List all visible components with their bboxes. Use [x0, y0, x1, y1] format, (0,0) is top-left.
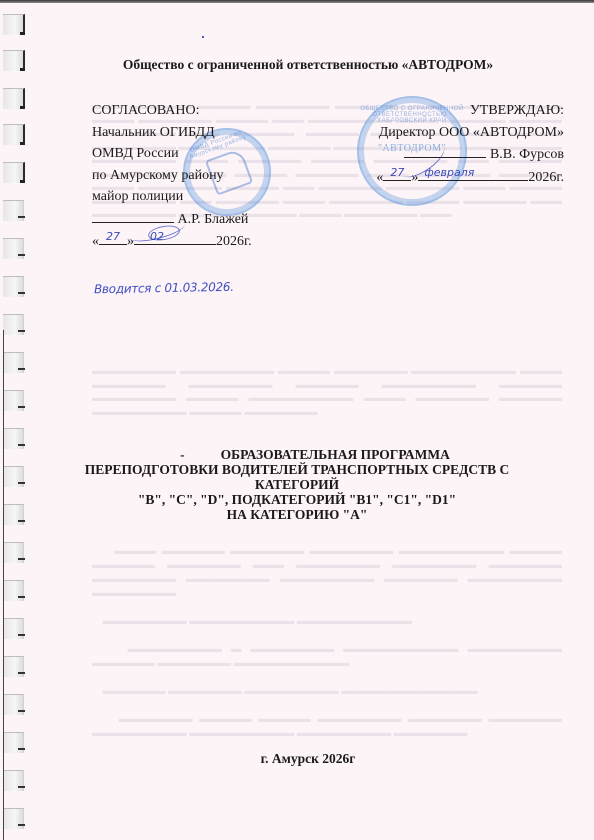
date-month-field: февраля: [418, 166, 528, 181]
date-month-handwritten: февраля: [418, 166, 528, 180]
date-day-handwritten: 27: [99, 230, 127, 244]
binder-rings: [0, 0, 30, 840]
binder-ring-icon: [3, 656, 24, 677]
binder-ring-icon: [3, 580, 24, 601]
binder-ring-icon: [3, 390, 24, 411]
approved-date-year: 2026г.: [528, 170, 564, 185]
title-line-2: ПЕРЕПОДГОТОВКИ ВОДИТЕЛЕЙ ТРАНСПОРТНЫХ СР…: [0, 462, 594, 477]
agreed-line: по Амурскому району: [92, 165, 252, 187]
binder-ring-icon: [3, 162, 25, 183]
title-dash: -: [180, 447, 185, 462]
date-day-field: 27: [99, 230, 127, 245]
approved-heading: УТВЕРЖДАЮ:: [376, 100, 564, 122]
binder-ring-icon: [3, 314, 24, 335]
agreed-heading: СОГЛАСОВАНО:: [92, 100, 252, 122]
binder-ring-icon: [3, 732, 24, 753]
title-line-3: КАТЕГОРИЙ: [0, 477, 594, 492]
binder-ring-icon: [3, 352, 24, 373]
binder-ring-icon: [3, 238, 24, 259]
agreed-line: Начальник ОГИБДД: [92, 122, 252, 144]
title-line-4: "B", "C", "D", ПОДКАТЕГОРИЙ "B1", "C1", …: [0, 492, 594, 507]
title-line-1: ОБРАЗОВАТЕЛЬНАЯ ПРОГРАММА: [221, 447, 450, 462]
title-line-5: НА КАТЕГОРИЮ "A": [0, 507, 594, 522]
approved-signatory: В.В. Фурсов: [490, 147, 564, 162]
title-line: -ОБРАЗОВАТЕЛЬНАЯ ПРОГРАММА: [36, 447, 594, 462]
bleed-through-texture: ▬▬▬▬▬▬▬▬ ▬▬▬▬▬▬▬▬▬ ▬▬▬▬▬ ▬▬▬▬▬▬▬ ▬▬▬▬▬▬▬…: [92, 365, 562, 435]
quote-open: «: [92, 234, 99, 249]
binder-ring-icon: [3, 770, 24, 791]
agreed-date-year: 2026г.: [216, 234, 252, 249]
agreed-line: майор полиции: [92, 186, 252, 208]
program-title: -ОБРАЗОВАТЕЛЬНАЯ ПРОГРАММА ПЕРЕПОДГОТОВК…: [0, 447, 594, 522]
binder-ring-icon: [3, 618, 24, 639]
binder-ring-icon: [3, 428, 24, 449]
binder-ring-icon: [3, 276, 24, 297]
binder-ring-icon: [3, 542, 24, 563]
binder-ring-icon: [3, 14, 25, 35]
scan-top-edge: [0, 0, 594, 3]
approved-position: Директор ООО «АВТОДРОМ»: [376, 122, 564, 144]
ink-speck: [202, 36, 204, 38]
handwritten-effective-date: Вводится с 01.03.2026.: [94, 280, 234, 296]
bleed-through-texture: ▬▬▬▬ ▬▬▬▬▬▬ ▬▬▬▬▬▬▬ ▬▬▬▬▬▬▬▬ ▬▬▬▬▬▬▬▬▬▬ …: [92, 545, 562, 745]
binder-ring-icon: [3, 200, 24, 221]
city-year-footer: г. Амурск 2026г: [0, 751, 594, 767]
binder-ring-icon: [3, 694, 24, 715]
binder-ring-icon: [3, 124, 25, 145]
organization-header: Общество с ограниченной ответственностью…: [0, 57, 594, 73]
binder-ring-icon: [3, 88, 25, 109]
binder-ring-icon: [3, 808, 24, 829]
agreed-signatory: А.Р. Блажей: [178, 212, 249, 227]
agreed-line: ОМВД России: [92, 143, 252, 165]
quote-open: «: [376, 170, 383, 185]
